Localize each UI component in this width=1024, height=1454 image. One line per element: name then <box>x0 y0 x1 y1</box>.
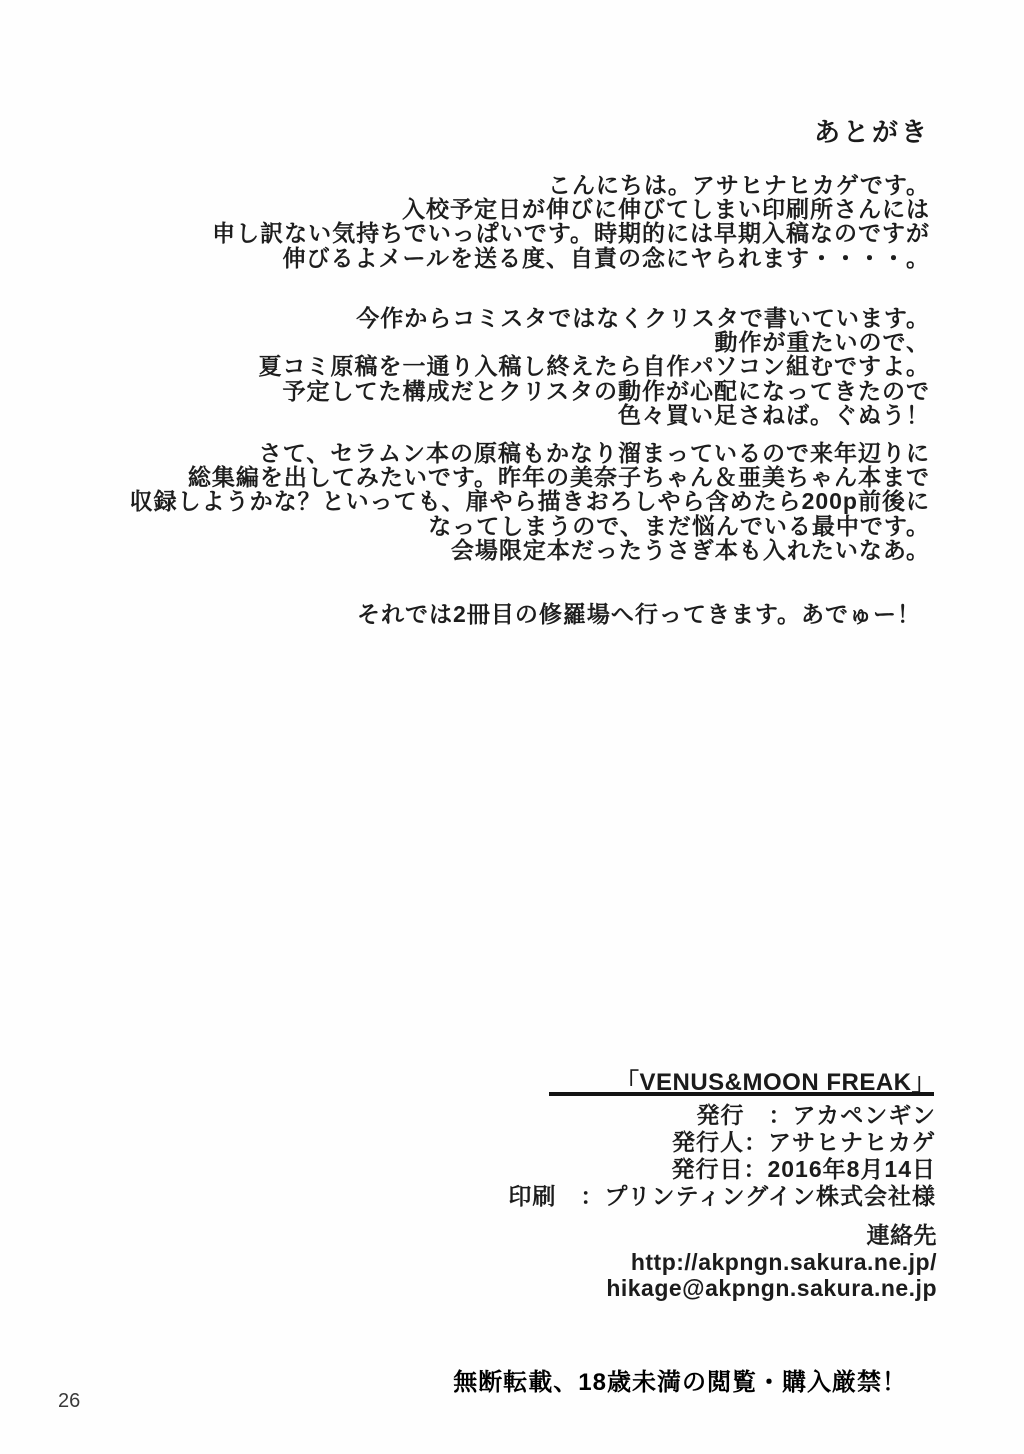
colophon-divider <box>549 1092 934 1096</box>
contact-block: 連絡先 http://akpngn.sakura.ne.jp/ hikage@a… <box>606 1222 937 1302</box>
afterword-closing-line: それでは2冊目の修羅場へ行ってきます。あでゅー！ <box>357 596 921 629</box>
text-line: なってしまうので、まだ悩んでいる最中です。 <box>130 514 930 538</box>
text-line: 申し訳ない気持ちでいっぱいです。時期的には早期入稿なのですが <box>212 221 930 245</box>
publisher-line: 発行 ：アカペンギン <box>508 1102 936 1129</box>
text-line: 入校予定日が伸びに伸びてしまい印刷所さんには <box>212 197 930 221</box>
text-line: 動作が重たいので、 <box>258 330 930 354</box>
publisher-person-line: 発行人：アサヒナヒカゲ <box>508 1129 936 1156</box>
afterword-page: あとがき こんにちは。アサヒナヒカゲです。 入校予定日が伸びに伸びてしまい印刷所… <box>0 0 1024 1454</box>
text-line: 今作からコミスタではなくクリスタで書いています。 <box>258 306 930 330</box>
text-line: こんにちは。アサヒナヒカゲです。 <box>212 173 930 197</box>
colophon-info: 発行 ：アカペンギン 発行人：アサヒナヒカゲ 発行日：2016年8月14日 印刷… <box>508 1102 936 1210</box>
website-url: http://akpngn.sakura.ne.jp/ <box>606 1249 937 1276</box>
text-line: さて、セラムン本の原稿もかなり溜まっているので来年辺りに <box>130 441 930 465</box>
page-number: 26 <box>58 1390 80 1413</box>
text-line: 総集編を出してみたいです。昨年の美奈子ちゃん＆亜美ちゃん本まで <box>130 465 930 489</box>
text-line: 収録しようかな？といっても、扉やら描きおろしやら含めたら200p前後に <box>130 489 930 513</box>
afterword-paragraph-2: 今作からコミスタではなくクリスタで書いています。 動作が重たいので、 夏コミ原稿… <box>258 306 930 427</box>
publish-date-line: 発行日：2016年8月14日 <box>508 1156 936 1183</box>
afterword-paragraph-1: こんにちは。アサヒナヒカゲです。 入校予定日が伸びに伸びてしまい印刷所さんには … <box>212 173 930 270</box>
contact-heading: 連絡先 <box>606 1222 937 1249</box>
text-line: 予定してた構成だとクリスタの動作が心配になってきたので <box>258 379 930 403</box>
email-address: hikage@akpngn.sakura.ne.jp <box>606 1275 937 1302</box>
text-line: 伸びるよメールを送る度、自責の念にヤられます・・・・。 <box>212 246 930 270</box>
copyright-warning: 無断転載、18歳未満の閲覧・購入厳禁！ <box>453 1362 907 1397</box>
afterword-paragraph-3: さて、セラムン本の原稿もかなり溜まっているので来年辺りに 総集編を出してみたいで… <box>130 441 930 562</box>
text-line: 色々買い足さねば。ぐぬう！ <box>258 403 930 427</box>
page-title: あとがき <box>814 112 930 149</box>
printer-line: 印刷 ：プリンティングイン株式会社様 <box>508 1183 936 1210</box>
text-line: 夏コミ原稿を一通り入稿し終えたら自作パソコン組むですよ。 <box>258 354 930 378</box>
text-line: 会場限定本だったうさぎ本も入れたいなあ。 <box>130 538 930 562</box>
